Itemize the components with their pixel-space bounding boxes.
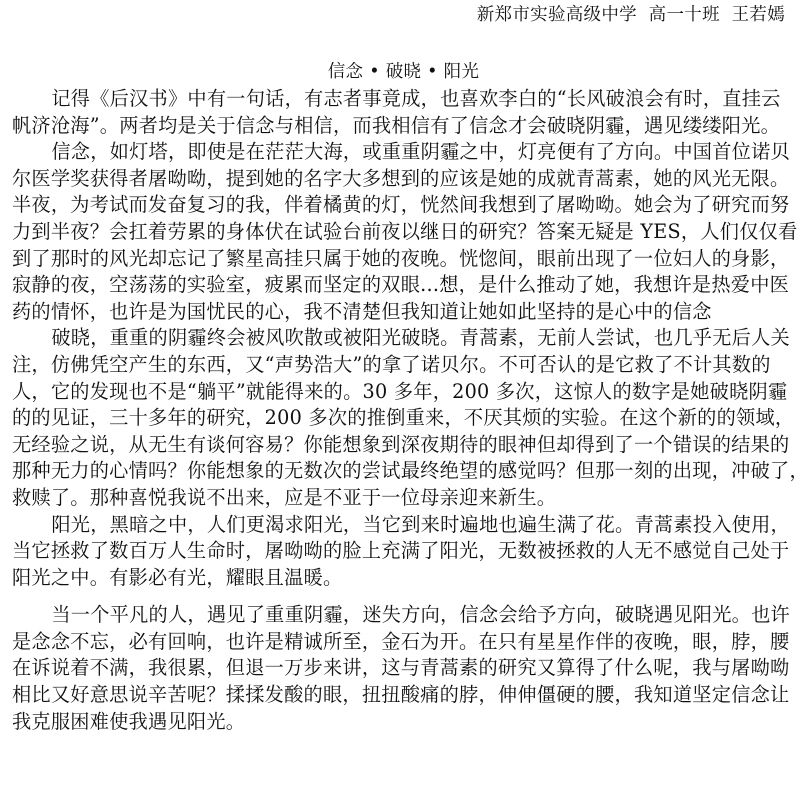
paragraph-line: 帆济沧海”。两者均是关于信念与相信，而我相信有了信念才会破晓阴霾，遇见缕缕阳光。: [12, 113, 794, 140]
paragraph-line: 寂静的夜，空荡荡的实验室，疲累而坚定的双眼...想，是什么推动了她，我想许是热爱…: [12, 272, 794, 299]
paragraph-line: 人，它的发现也不是“躺平”就能得来的。30 多年，200 多次，这惊人的数字是她…: [12, 379, 794, 406]
paragraph-line: 破晓，重重的阴霾终会被风吹散或被阳光破晓。青蒿素，无前人尝试，也几乎无后人关: [12, 325, 794, 352]
paragraph-5: 当一个平凡的人，遇见了重重阴霾，迷失方向，信念会给予方向，破晓遇见阳光。也许 是…: [12, 602, 794, 735]
paragraph-2: 信念，如灯塔，即使是在茫茫大海，或重重阴霾之中，灯亮便有了方向。中国首位诺贝 尔…: [12, 139, 794, 325]
paragraph-line: 阳光之中。有影必有光，耀眼且温暖。: [12, 565, 794, 592]
paragraph-1: 记得《后汉书》中有一句话，有志者事竟成，也喜欢李白的“长风破浪会有时，直挂云 帆…: [12, 86, 794, 139]
paragraph-line: 力到半夜？会扛着劳累的身体伏在试验台前夜以继日的研究？答案无疑是 YES，人们仅…: [12, 219, 794, 246]
paragraph-line: 注，仿佛凭空产生的东西，又“声势浩大”的拿了诺贝尔。不可否认的是它救了不计其数的: [12, 352, 794, 379]
paragraph-line: 信念，如灯塔，即使是在茫茫大海，或重重阴霾之中，灯亮便有了方向。中国首位诺贝: [12, 139, 794, 166]
paragraph-line: 那种无力的心情吗？你能想象的无数次的尝试最终绝望的感觉吗？但那一刻的出现，冲破了…: [12, 458, 794, 485]
paragraph-line: 我克服困难使我遇见阳光。: [12, 709, 794, 736]
paragraph-line: 当它拯救了数百万人生命时，屠呦呦的脸上充满了阳光，无数被拯救的人无不感觉自己处于: [12, 538, 794, 565]
paragraph-line: 记得《后汉书》中有一句话，有志者事竟成，也喜欢李白的“长风破浪会有时，直挂云: [12, 86, 794, 113]
essay-body: 记得《后汉书》中有一句话，有志者事竟成，也喜欢李白的“长风破浪会有时，直挂云 帆…: [12, 86, 794, 735]
paragraph-4: 阳光，黑暗之中，人们更渴求阳光，当它到来时遍地也遍生满了花。青蒿素投入使用， 当…: [12, 512, 794, 592]
paragraph-line: 无经验之说，从无生有谈何容易？你能想象到深夜期待的眼神但却得到了一个错误的结果的: [12, 432, 794, 459]
paragraph-line: 是念念不忘，必有回响，也许是精诚所至，金石为开。在只有星星作伴的夜晚，眼，脖，腰: [12, 629, 794, 656]
paragraph-line: 当一个平凡的人，遇见了重重阴霾，迷失方向，信念会给予方向，破晓遇见阳光。也许: [12, 602, 794, 629]
paragraph-line: 阳光，黑暗之中，人们更渴求阳光，当它到来时遍地也遍生满了花。青蒿素投入使用，: [12, 512, 794, 539]
author-header: 新郑市实验高级中学 高一十班 王若嫣: [477, 3, 785, 27]
paragraph-line: 的的见证，三十多年的研究，200 多次的推倒重来，不厌其烦的实验。在这个新的的领…: [12, 405, 794, 432]
paragraph-line: 药的情怀，也许是为国忧民的心，我不清楚但我知道让她如此坚持的是心中的信念: [12, 299, 794, 326]
paragraph-line: 尔医学奖获得者屠呦呦，提到她的名字大多想到的应该是她的成就青蒿素，她的风光无限。: [12, 166, 794, 193]
paragraph-line: 半夜，为考试而发奋复习的我，伴着橘黄的灯，恍然间我想到了屠呦呦。她会为了研究而努: [12, 192, 794, 219]
paragraph-line: 到了那时的风光却忘记了繁星高挂只属于她的夜晚。恍惚间，眼前出现了一位妇人的身影，: [12, 246, 794, 273]
paragraph-3: 破晓，重重的阴霾终会被风吹散或被阳光破晓。青蒿素，无前人尝试，也几乎无后人关 注…: [12, 325, 794, 511]
paragraph-line: 相比又好意思说辛苦呢？揉揉发酸的眼，扭扭酸痛的脖，伸伸僵硬的腰，我知道坚定信念让: [12, 682, 794, 709]
essay-title: 信念 • 破晓 • 阳光: [0, 59, 807, 85]
paragraph-line: 救赎了。那种喜悦我说不出来，应是不亚于一位母亲迎来新生。: [12, 485, 794, 512]
paragraph-line: 在诉说着不满，我很累，但退一万步来讲，这与青蒿素的研究又算得了什么呢，我与屠呦呦: [12, 655, 794, 682]
